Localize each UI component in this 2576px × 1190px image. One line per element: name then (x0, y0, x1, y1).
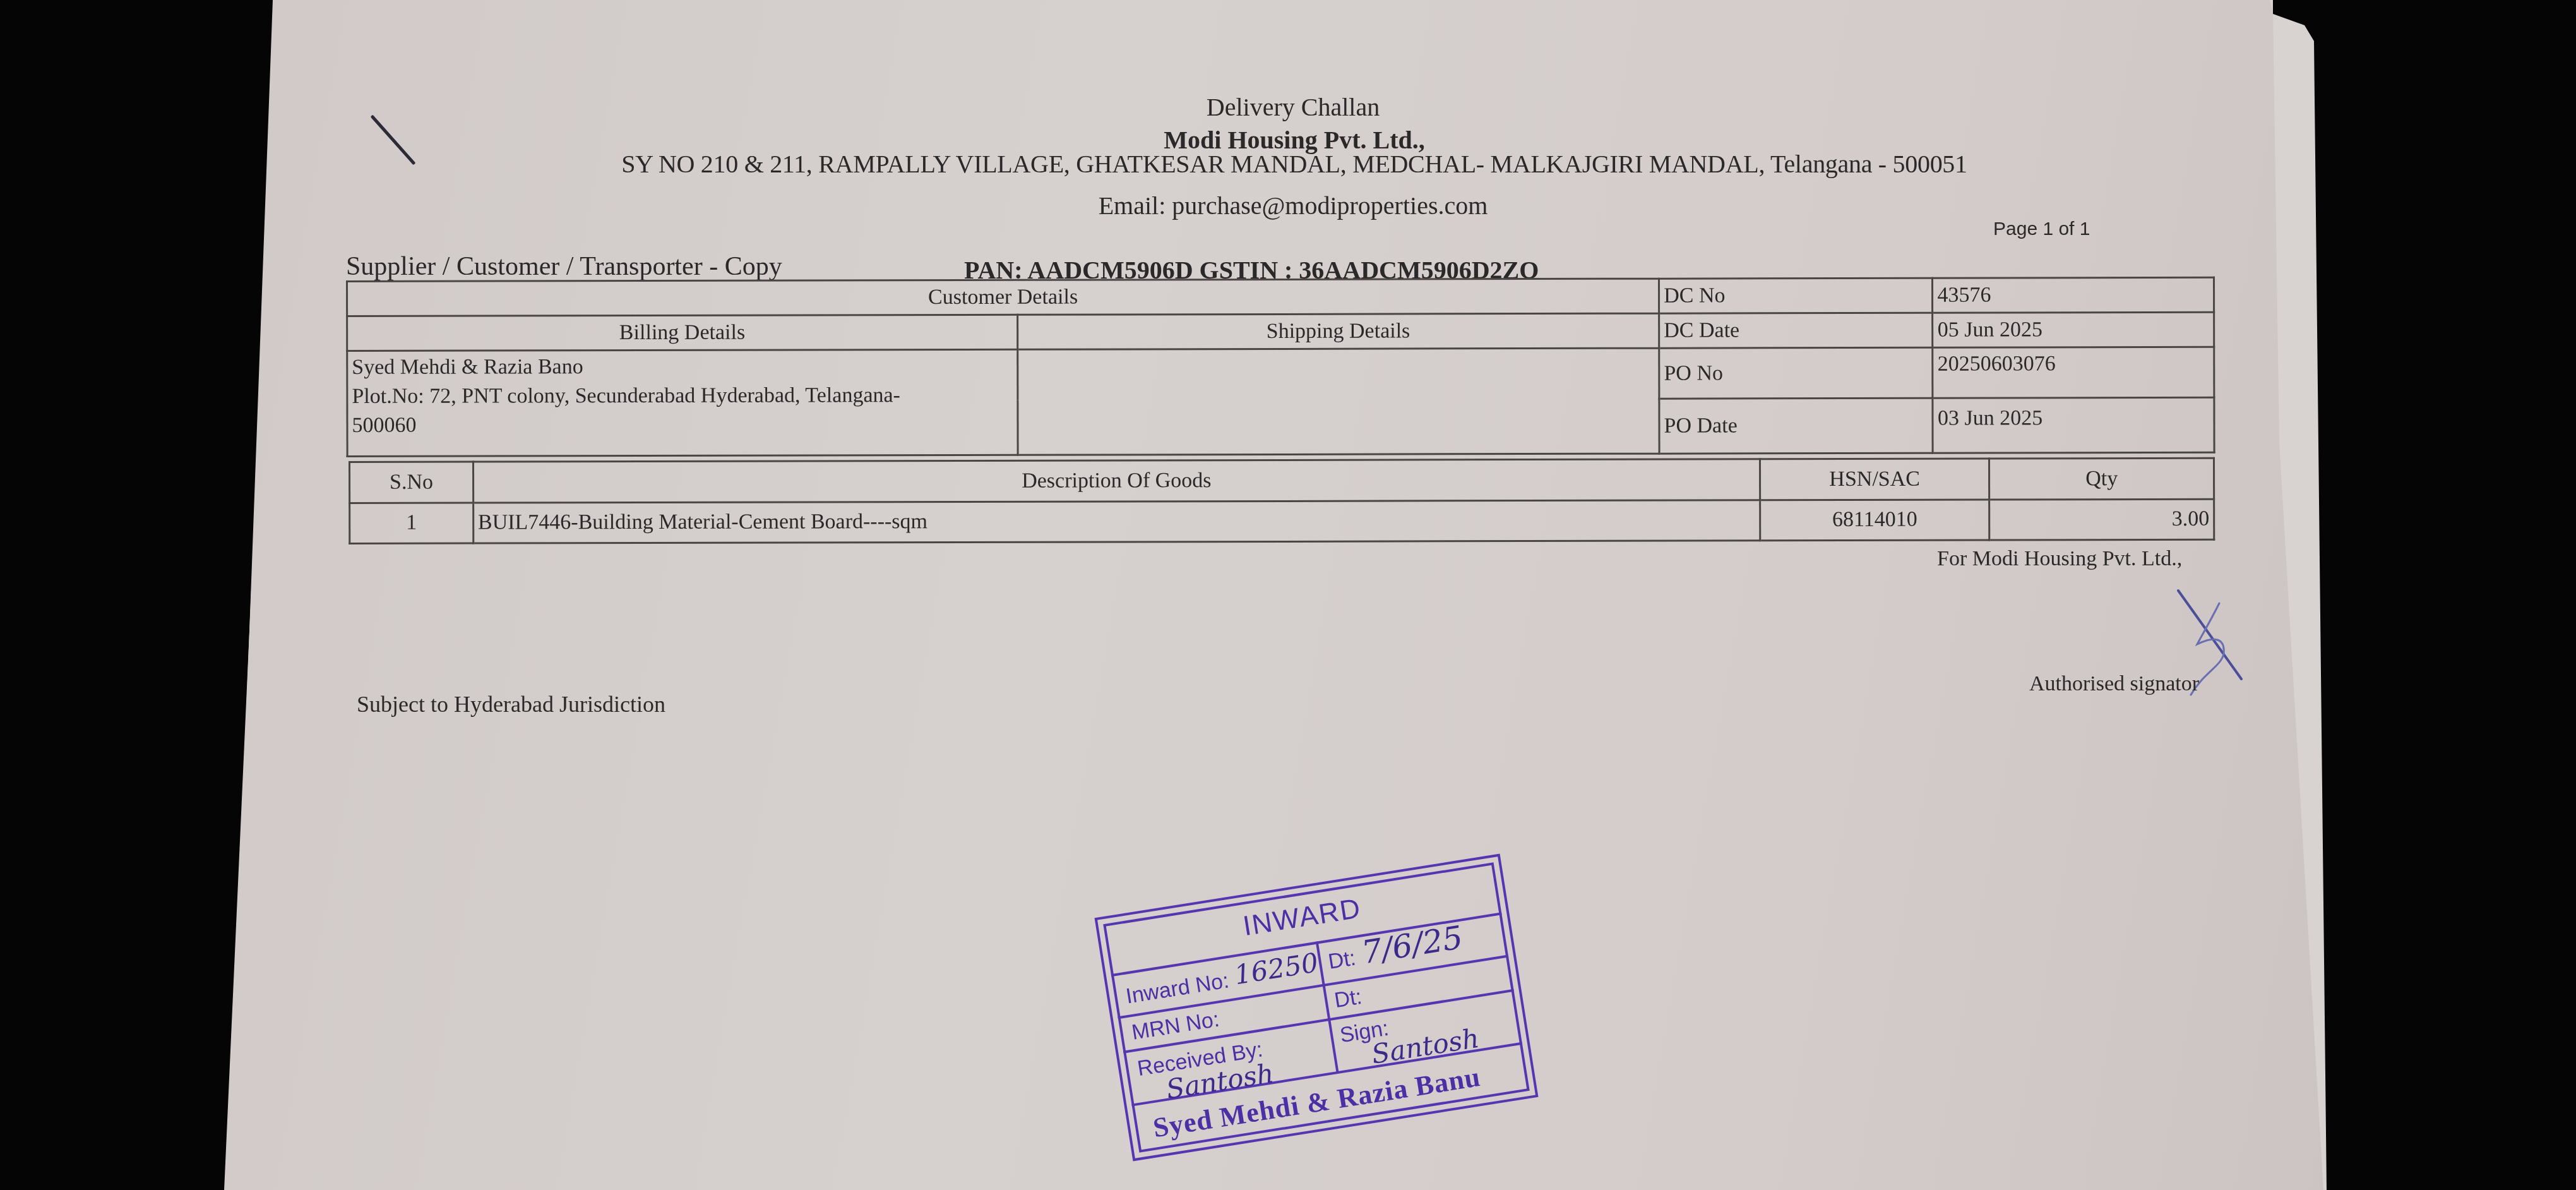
for-company-label: For Modi Housing Pvt. Ltd., (1937, 547, 2182, 571)
column-header-description: Description Of Goods (473, 459, 1760, 503)
jurisdiction-note: Subject to Hyderabad Jurisdiction (357, 691, 665, 718)
billing-name: Syed Mehdi & Razia Bano (352, 352, 1013, 382)
pen-stroke-mark (369, 114, 420, 167)
page-indicator: Page 1 of 1 (1993, 219, 2090, 240)
copy-type: Supplier / Customer / Transporter - Copy (346, 251, 782, 282)
meta-value: 05 Jun 2025 (1933, 312, 2214, 347)
column-header-hsn: HSN/SAC (1760, 459, 1989, 500)
authorised-signatory-label: Authorised signator (2029, 672, 2199, 696)
row-sno: 1 (350, 503, 474, 544)
row-hsn: 68114010 (1760, 500, 1989, 541)
meta-value: 03 Jun 2025 (1933, 398, 2214, 454)
company-email: Email: purchase@modiproperties.com (1099, 191, 1488, 220)
shipping-details-header: Shipping Details (1017, 313, 1659, 349)
customer-details-table: Customer Details DC No 43576 Billing Det… (346, 277, 2215, 457)
mrn-date-label: Dt: (1333, 985, 1364, 1013)
billing-details-cell: Syed Mehdi & Razia Bano Plot.No: 72, PNT… (347, 349, 1018, 456)
meta-label: DC Date (1659, 313, 1933, 348)
shipping-details-cell (1017, 348, 1659, 455)
meta-label: PO No (1659, 347, 1933, 399)
customer-details-header: Customer Details (347, 279, 1659, 316)
column-header-sno: S.No (350, 462, 474, 503)
stamp-date-label: Dt: (1327, 946, 1357, 975)
meta-value: 43576 (1933, 277, 2214, 313)
billing-address-line2: 500060 (352, 410, 1013, 440)
table-row: 1 BUIL7446-Building Material-Cement Boar… (350, 499, 2214, 544)
meta-label: DC No (1659, 278, 1933, 313)
meta-value: 20250603076 (1933, 347, 2214, 398)
column-header-qty: Qty (1989, 458, 2214, 499)
billing-address-line1: Plot.No: 72, PNT colony, Secunderabad Hy… (352, 381, 1013, 411)
meta-label: PO Date (1659, 399, 1933, 454)
row-description: BUIL7446-Building Material-Cement Board-… (473, 500, 1760, 543)
document-title: Delivery Challan (1207, 92, 1380, 122)
company-address: SY NO 210 & 211, RAMPALLY VILLAGE, GHATK… (621, 149, 1967, 179)
goods-table: S.No Description Of Goods HSN/SAC Qty 1 … (349, 457, 2215, 544)
row-qty: 3.00 (1989, 499, 2214, 540)
billing-details-header: Billing Details (347, 315, 1018, 351)
